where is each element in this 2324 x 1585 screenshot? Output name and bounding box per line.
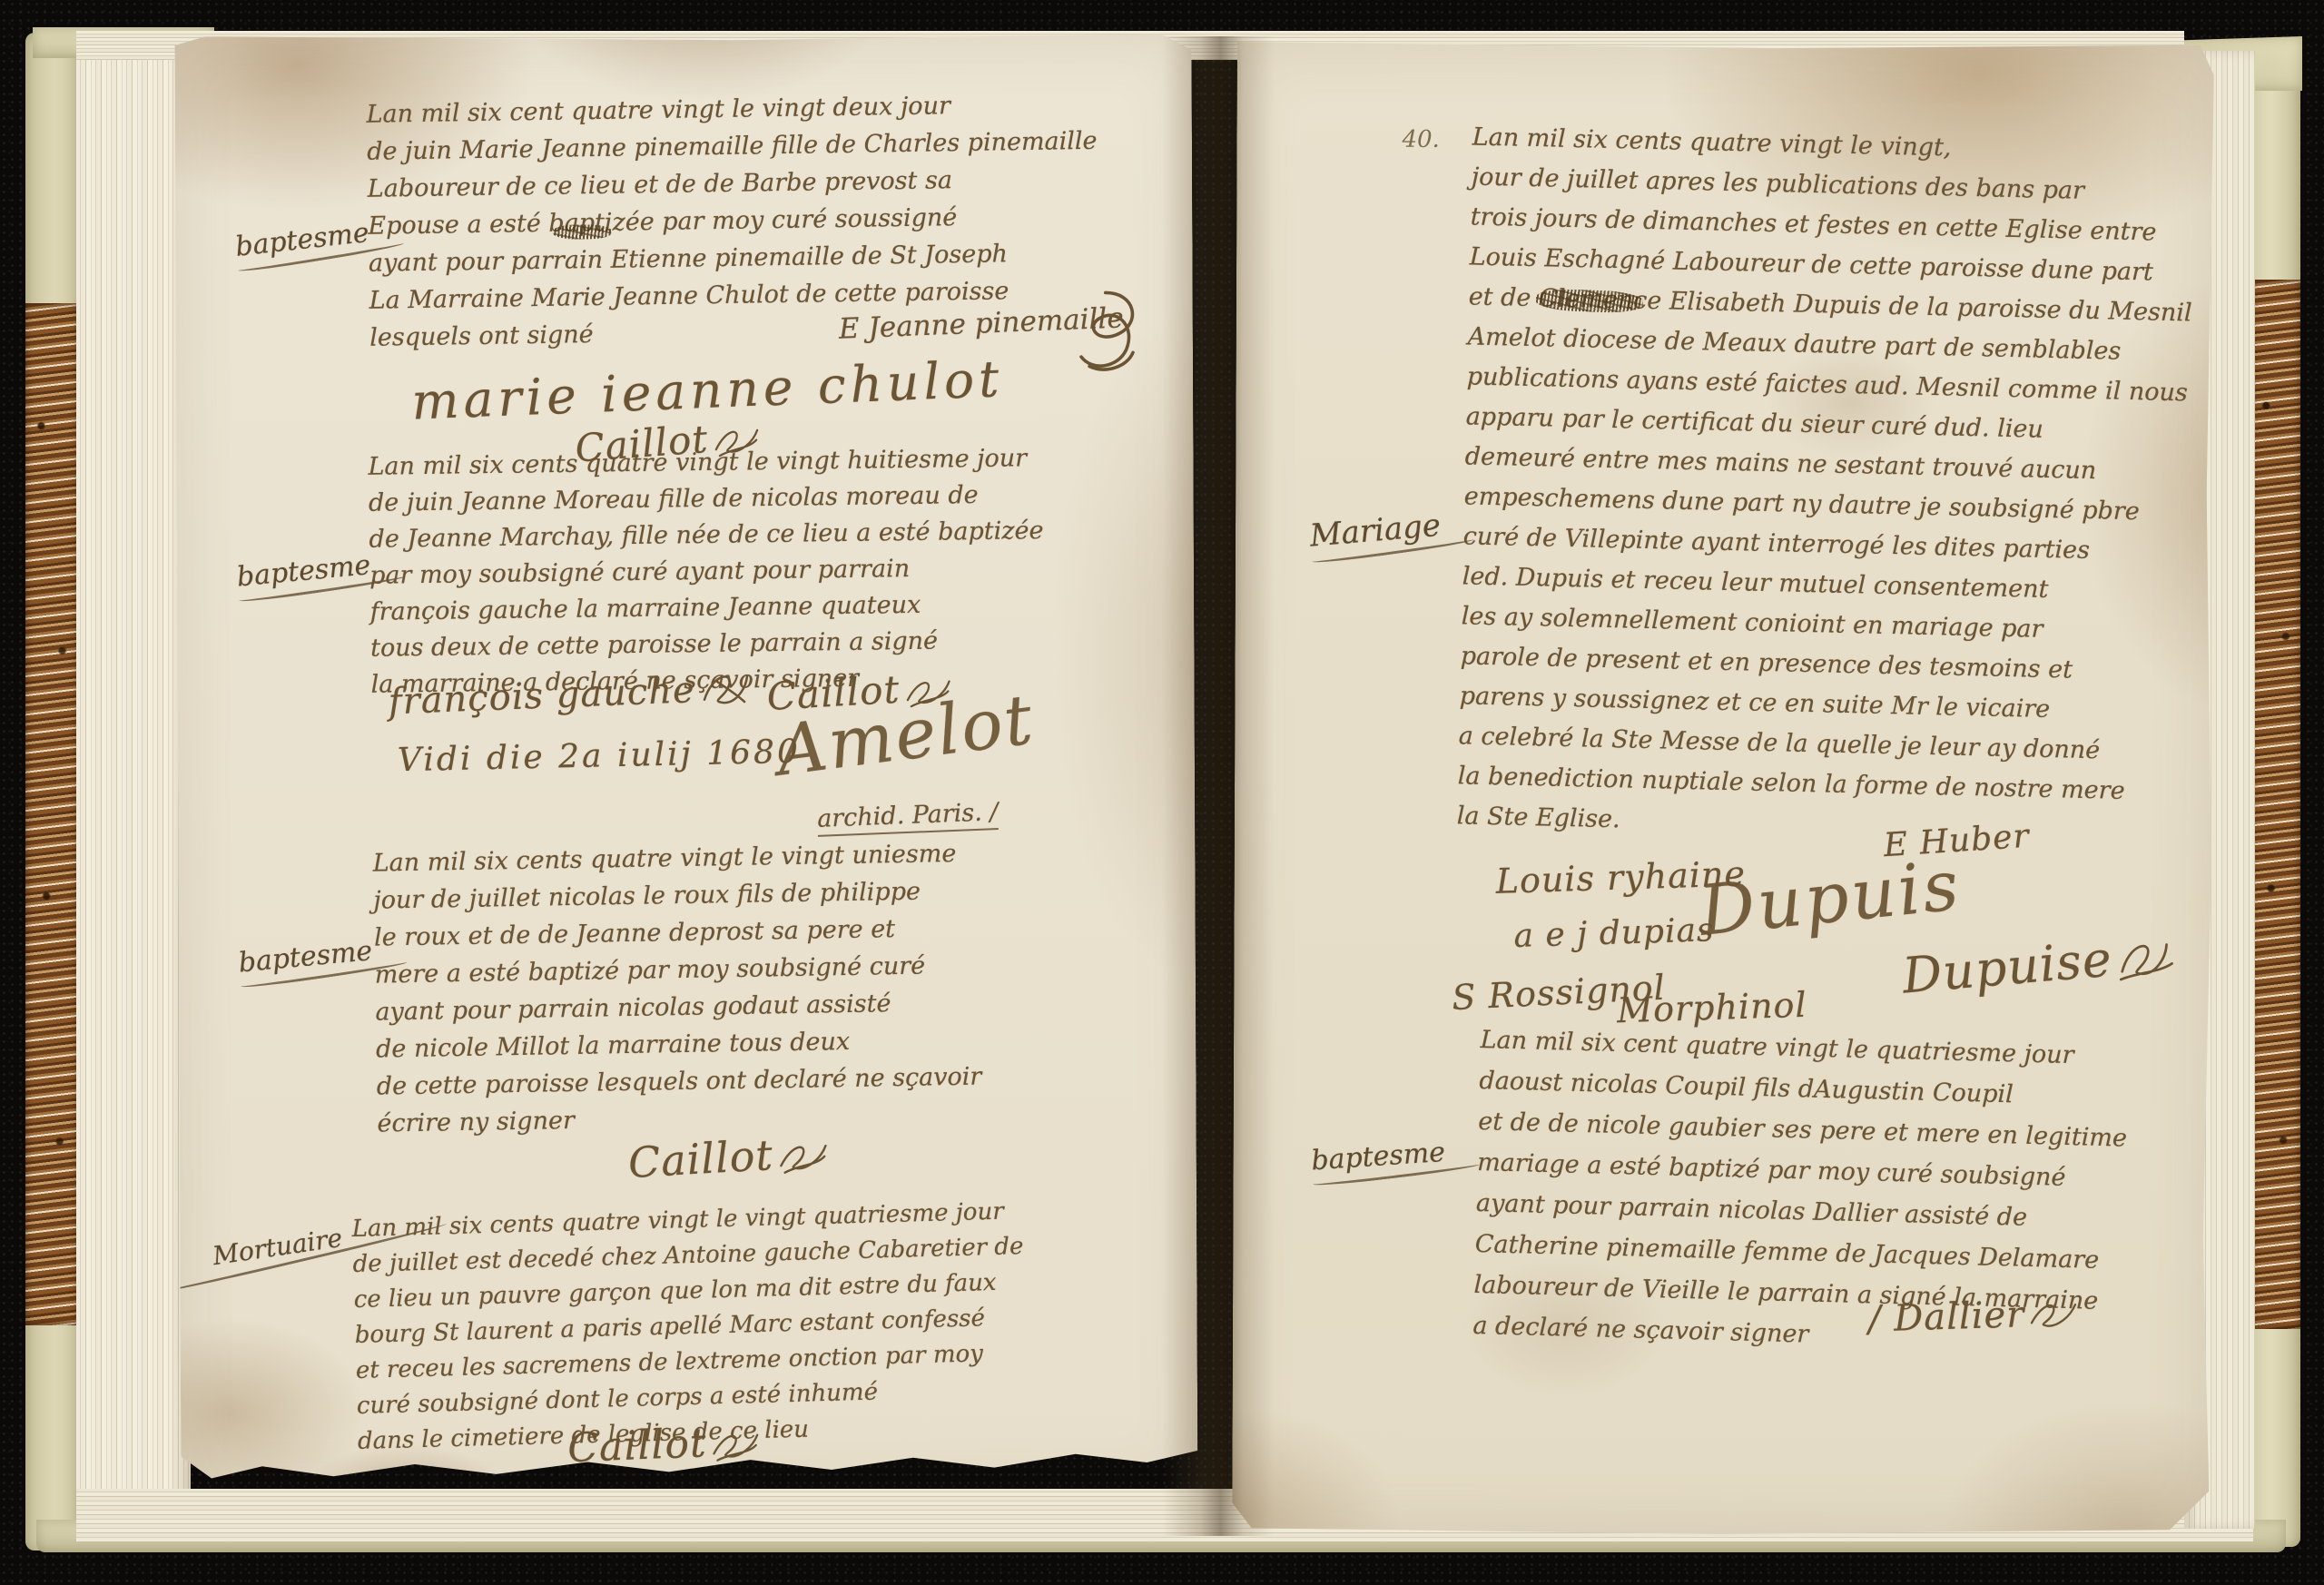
folio-number-right: 40.: [1402, 126, 1439, 153]
signature-dallier-text: / Dallier: [1867, 1294, 2025, 1340]
folio-number-left: 20: [1085, 1469, 1109, 1491]
margin-note-baptism-3: baptesme: [237, 935, 374, 986]
signature-caillot-text: Caillot: [566, 1420, 707, 1472]
signature-dupuise-text: Dupuise: [1900, 930, 2114, 1004]
margin-note-baptism: baptesme: [1310, 1137, 1446, 1185]
margin-note-baptism-2: baptesme: [235, 549, 372, 600]
signature-caillot-3: Caillot: [627, 1127, 832, 1187]
paraph-flourish: [2114, 934, 2176, 982]
visa-note-vidi-die: Vidi die 2a iulij 1680: [398, 733, 802, 780]
margin-note-burial: Mortuaire: [211, 1223, 345, 1278]
signature-witness-dupuise: Dupuise: [1900, 925, 2176, 1005]
paraph-flourish: [710, 1425, 763, 1463]
left-page: baptesme baptesme baptesme Mortuaire Lan…: [174, 33, 1197, 1502]
signature-caillot-text: Caillot: [627, 1130, 775, 1187]
photograph-of-open-register: baptesme baptesme baptesme Mortuaire Lan…: [0, 0, 2324, 1585]
paraph-flourish: [698, 667, 754, 709]
page-stack-fore-edge-left: [76, 36, 191, 1523]
signature-dallier: / Dallier: [1867, 1292, 2080, 1340]
signature-caillot-4: Caillot: [566, 1418, 762, 1472]
marbled-cover-edge-left: [25, 303, 78, 1325]
marbled-cover-edge-right: [2251, 280, 2300, 1329]
crossed-out-word: [553, 224, 611, 239]
circular-paraph-flourish: [1065, 287, 1147, 378]
baptism-record-nicolas-leroux: Lan mil six cents quatre vingt le vingt …: [372, 835, 982, 1143]
paraph-flourish: [2028, 1294, 2080, 1334]
margin-note-marriage: Mariage: [1308, 507, 1443, 562]
margin-note-baptism-1: baptesme: [234, 217, 372, 271]
signature-witness-dupias: a e j dupias: [1513, 911, 1715, 955]
right-page: 40. Mariage baptesme Lan mil six cents q…: [1232, 42, 2214, 1536]
paraph-flourish: [776, 1136, 831, 1176]
marriage-record: Lan mil six cents quatre vingt le vingt,…: [1456, 117, 2196, 852]
archdeacon-title: archid. Paris. /: [817, 798, 1000, 837]
